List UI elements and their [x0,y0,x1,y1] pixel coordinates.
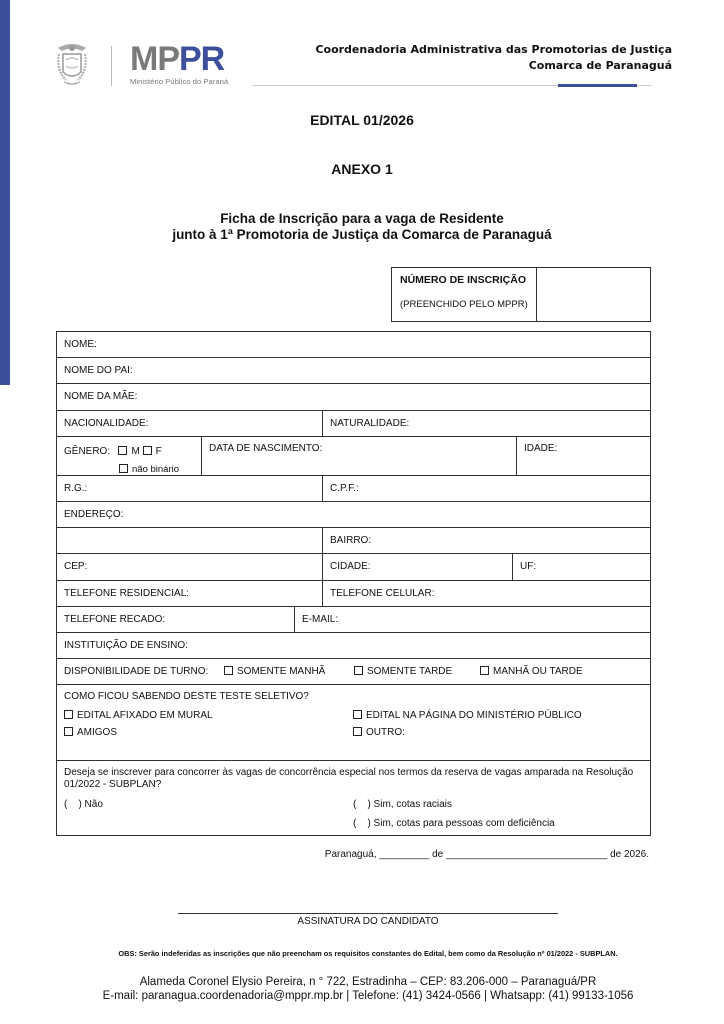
label-rg: R.G.: [64,483,87,494]
como-soube-question: COMO FICOU SABENDO DESTE TESTE SELETIVO? [64,691,643,702]
footer-address: Alameda Coronel Elysio Pereira, n ° 722,… [0,975,724,989]
field-telefone-celular[interactable]: TELEFONE CELULAR: [322,581,650,606]
mppr-logo: MPPR Ministério Público do Paraná [130,42,228,86]
option-label: MANHÃ OU TARDE [493,666,583,677]
label-bairro: BAIRRO: [330,535,371,546]
footer-contacts: E-mail: paranagua.coordenadoria@mppr.mp.… [0,989,724,1003]
option-cotas-nao[interactable]: ( ) Não [64,799,353,811]
checkbox-icon [224,666,233,675]
checkbox-icon [64,710,73,719]
label-nome-pai: NOME DO PAI: [64,365,133,376]
logo-pr-text: PR [179,40,224,78]
option-label: OUTRO: [366,727,405,738]
subtitle-line-2: junto à 1ª Promotoria de Justiça da Coma… [0,227,724,243]
label-genero-m: M [131,446,139,457]
option-somente-tarde[interactable]: SOMENTE TARDE [354,666,480,677]
option-label: EDITAL AFIXADO EM MURAL [77,710,213,721]
field-cidade[interactable]: CIDADE: [322,554,512,579]
parana-coat-of-arms-icon [54,42,90,88]
checkbox-icon [353,710,362,719]
inscription-number-field[interactable] [537,268,650,321]
option-outro[interactable]: OUTRO: [353,727,643,738]
label-idade: IDADE: [524,443,557,454]
field-nacionalidade[interactable]: NACIONALIDADE: [57,411,322,436]
inscription-number-label: NÚMERO DE INSCRIÇÃO [400,274,536,286]
option-cotas-raciais[interactable]: ( ) Sim, cotas raciais [353,799,643,811]
label-cep: CEP: [64,561,87,572]
label-telefone-residencial: TELEFONE RESIDENCIAL: [64,588,189,599]
registration-form: NOME: NOME DO PAI: NOME DA MÃE: NACIONAL… [56,331,651,836]
field-telefone-recado[interactable]: TELEFONE RECADO: [57,607,294,632]
checkbox-icon [480,666,489,675]
place-date-line[interactable]: Paranaguá, _________ de ________________… [325,849,649,860]
header-accent [558,84,637,87]
signature-line[interactable] [178,913,558,914]
field-data-nascimento[interactable]: DATA DE NASCIMENTO: [201,437,516,475]
label-telefone-celular: TELEFONE CELULAR: [330,588,434,599]
footer: Alameda Coronel Elysio Pereira, n ° 722,… [0,975,724,1003]
label-nacionalidade: NACIONALIDADE: [64,418,148,429]
form-subtitle: Ficha de Inscrição para a vaga de Reside… [0,211,724,243]
field-como-soube: COMO FICOU SABENDO DESTE TESTE SELETIVO?… [57,685,650,761]
field-turno: DISPONIBILIDADE DE TURNO: SOMENTE MANHÃ … [57,659,650,684]
side-accent-bar [0,0,10,385]
option-cotas-deficiencia[interactable]: ( ) Sim, cotas para pessoas com deficiên… [353,818,643,830]
field-idade[interactable]: IDADE: [516,437,650,475]
checkbox-genero-f[interactable] [143,446,152,455]
label-genero-nb: não binário [132,464,179,475]
field-cpf[interactable]: C.P.F.: [322,476,650,501]
label-nome: NOME: [64,339,97,350]
label-endereco: ENDEREÇO: [64,509,123,520]
org-name: Coordenadoria Administrativa das Promoto… [315,42,672,58]
label-nome-mae: NOME DA MÃE: [64,391,137,402]
field-nome-mae[interactable]: NOME DA MÃE: [57,384,650,409]
logo-subtitle: Ministério Público do Paraná [130,77,228,86]
obs-note: OBS: Serão indeferidas as inscrições que… [0,949,724,958]
checkbox-genero-nao-binario[interactable] [119,464,128,473]
checkbox-icon [353,727,362,736]
logo-divider [111,46,112,86]
field-endereco[interactable]: ENDEREÇO: [57,502,650,527]
option-amigos[interactable]: AMIGOS [64,727,353,738]
label-cidade: CIDADE: [330,561,371,572]
checkbox-icon [64,727,73,736]
field-email[interactable]: E-MAIL: [294,607,650,632]
label-genero: GÊNERO: [64,446,110,457]
field-nome-pai[interactable]: NOME DO PAI: [57,358,650,383]
label-naturalidade: NATURALIDADE: [330,418,409,429]
option-edital-mural[interactable]: EDITAL AFIXADO EM MURAL [64,710,353,721]
label-uf: UF: [520,561,536,572]
cotas-question: Deseja se inscrever para concorrer às va… [64,767,643,791]
subtitle-line-1: Ficha de Inscrição para a vaga de Reside… [0,211,724,227]
signature-label: ASSINATURA DO CANDIDATO [0,916,724,927]
label-instituicao: INSTITUIÇÃO DE ENSINO: [64,640,188,651]
label-turno: DISPONIBILIDADE DE TURNO: [64,666,224,677]
field-nome[interactable]: NOME: [57,332,650,357]
logo-mp-text: MP [130,40,179,78]
option-somente-manha[interactable]: SOMENTE MANHÃ [224,666,354,677]
label-telefone-recado: TELEFONE RECADO: [64,614,165,625]
field-rg[interactable]: R.G.: [57,476,322,501]
label-email: E-MAIL: [302,614,338,625]
checkbox-genero-m[interactable] [118,446,127,455]
field-uf[interactable]: UF: [512,554,650,579]
option-edital-pagina[interactable]: EDITAL NA PÁGINA DO MINISTÉRIO PÚBLICO [353,710,643,721]
field-telefone-residencial[interactable]: TELEFONE RESIDENCIAL: [57,581,322,606]
checkbox-icon [354,666,363,675]
field-endereco-cont[interactable] [57,528,322,553]
org-comarca: Comarca de Paranaguá [315,58,672,74]
option-label: EDITAL NA PÁGINA DO MINISTÉRIO PÚBLICO [366,710,582,721]
org-header: Coordenadoria Administrativa das Promoto… [315,42,672,74]
inscription-number-box: NÚMERO DE INSCRIÇÃO (PREENCHIDO PELO MPP… [391,267,651,322]
field-genero: GÊNERO: M F não binário [57,437,201,475]
field-cotas: Deseja se inscrever para concorrer às va… [57,761,650,836]
option-label: AMIGOS [77,727,117,738]
field-instituicao[interactable]: INSTITUIÇÃO DE ENSINO: [57,633,650,658]
edital-title: EDITAL 01/2026 [0,112,724,128]
option-manha-ou-tarde[interactable]: MANHÃ OU TARDE [480,666,583,677]
option-label: SOMENTE TARDE [367,666,452,677]
inscription-number-note: (PREENCHIDO PELO MPPR) [400,299,536,310]
field-cep[interactable]: CEP: [57,554,322,579]
label-genero-f: F [156,446,162,457]
field-naturalidade[interactable]: NATURALIDADE: [322,411,650,436]
anexo-title: ANEXO 1 [0,161,724,177]
label-cpf: C.P.F.: [330,483,359,494]
option-label: SOMENTE MANHÃ [237,666,325,677]
label-data-nascimento: DATA DE NASCIMENTO: [209,443,322,454]
field-bairro[interactable]: BAIRRO: [322,528,650,553]
